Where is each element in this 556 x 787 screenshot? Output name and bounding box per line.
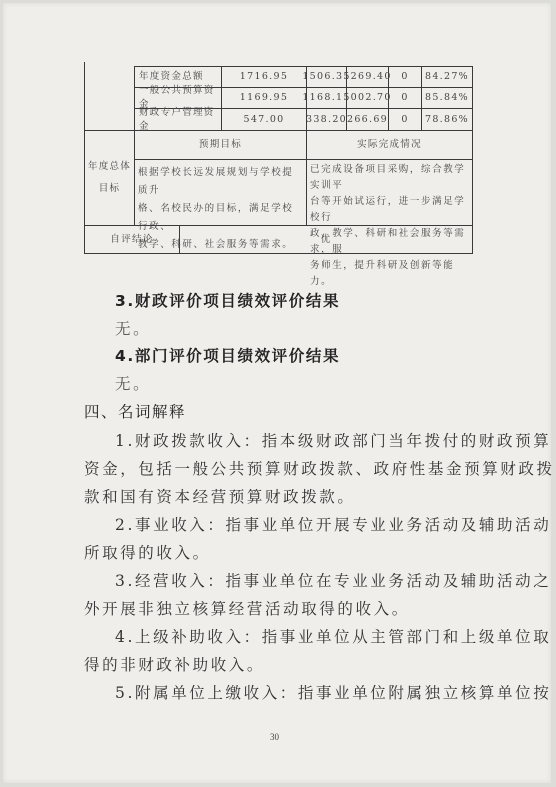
execution-rate: 84.27% — [422, 67, 472, 87]
full-year-budget: 1506.35 — [307, 67, 346, 87]
glossary-line: 得的非财政补助收入。 — [84, 653, 265, 675]
actual-completion-text: 已完成设备项目采购，综合教学实训平 台等开始试运行，进一步满足学校行 政、教学、… — [307, 158, 472, 225]
executed-amount: 1002.70 — [347, 88, 388, 108]
execution-rate: 85.84% — [422, 88, 472, 108]
glossary-line: 资金，包括一般公共预算财政拨款、政府性基金预算财政拨 — [84, 457, 555, 479]
performance-table: 年度资金总额 1716.95 1506.35 1269.40 0 84.27% … — [0, 0, 556, 260]
glossary-line: 1.财政拨款收入：指本级财政部门当年拨付的财政预算 — [115, 429, 551, 451]
page-number: 30 — [270, 732, 279, 742]
annual-budget: 547.00 — [222, 109, 306, 130]
executed-amount: 1269.40 — [347, 67, 388, 87]
section-3-body: 无。 — [115, 317, 151, 339]
text-line: 务师生，提升科研及创新等能力。 — [310, 258, 469, 290]
glossary-line: 外开展非独立核算经营活动取得的收入。 — [84, 597, 410, 619]
glossary-line: 2.事业收入：指事业单位开展专业业务活动及辅助活动 — [115, 513, 551, 535]
expected-goal-header: 预期目标 — [135, 131, 306, 159]
table-border — [472, 66, 473, 254]
annual-budget: 1716.95 — [222, 67, 306, 87]
fund-label: 财政专户管理资金 — [135, 109, 221, 130]
full-year-budget: 338.20 — [307, 109, 346, 130]
annual-budget: 1169.95 — [222, 88, 306, 108]
execution-rate: 78.86% — [422, 109, 472, 130]
glossary-line: 款和国有资本经营预算财政拨款。 — [84, 485, 356, 507]
expected-goal-text: 根据学校长远发展规划与学校提质升 格、名校民办的目标，满足学校行政、 教学、科研… — [135, 160, 306, 225]
actual-completion-header: 实际完成情况 — [307, 131, 472, 159]
score: 0 — [389, 67, 421, 87]
self-eval-value: 优 — [180, 226, 472, 253]
text-line: 根据学校长远发展规划与学校提质升 — [138, 164, 303, 200]
section-3-title: 3.财政评价项目绩效评价结果 — [115, 289, 340, 311]
glossary-line: 5.附属单位上缴收入：指事业单位附属独立核算单位按 — [115, 681, 551, 703]
glossary-title: 四、名词解释 — [84, 400, 186, 422]
glossary-line: 3.经营收入：指事业单位在专业业务活动及辅助活动之 — [115, 569, 551, 591]
executed-amount: 266.69 — [347, 109, 388, 130]
section-4-body: 无。 — [115, 372, 151, 394]
self-eval-label: 自评结论 — [85, 226, 179, 253]
text-line: 已完成设备项目采购，综合教学实训平 — [310, 162, 469, 194]
score: 0 — [389, 88, 421, 108]
full-year-budget: 1168.15 — [307, 88, 346, 108]
section-4-title: 4.部门评价项目绩效评价结果 — [115, 344, 340, 366]
annual-goal-label: 年度总体目标 — [85, 131, 134, 225]
glossary-line: 4.上级补助收入：指事业单位从主管部门和上级单位取 — [115, 625, 551, 647]
score: 0 — [389, 109, 421, 130]
text-line: 台等开始试运行，进一步满足学校行 — [310, 194, 469, 226]
glossary-line: 所取得的收入。 — [84, 541, 211, 563]
